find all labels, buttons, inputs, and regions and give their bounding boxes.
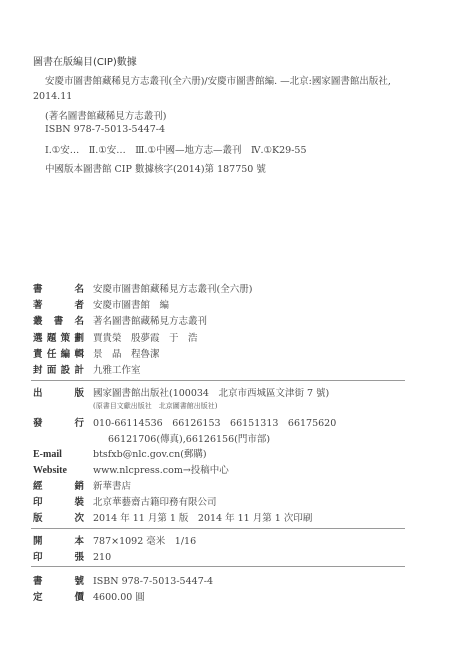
- value: 安慶市圖書館 編: [93, 297, 169, 311]
- row-series: 叢書名 著名圖書館藏稀見方志叢刊: [33, 313, 207, 327]
- label: 選題策劃: [33, 330, 84, 344]
- label: 叢書名: [33, 313, 84, 327]
- cip-number: 中國版本圖書館 CIP 數據核字(2014)第 187750 號: [45, 161, 266, 175]
- row-format: 開本 787×1092 毫米 1/16: [33, 533, 196, 547]
- row-book-number: 書號 ISBN 978-7-5013-5447-4: [33, 573, 213, 587]
- value: 新華書店: [93, 478, 131, 492]
- publisher-note: (原書目文獻出版社 北京圖書館出版社): [93, 401, 217, 411]
- label: 封面設計: [33, 362, 84, 376]
- row-cover-design: 封面設計 九雅工作室: [33, 362, 141, 376]
- row-publisher: 出版 國家圖書館出版社(100034 北京市西城區文津街 7 號): [33, 385, 329, 399]
- row-sheets: 印張 210: [33, 549, 111, 563]
- label: 印裝: [33, 494, 84, 508]
- label: 印張: [33, 549, 84, 563]
- distribution-line-2: 66121706(傳真),66126156(門市部): [108, 431, 270, 445]
- cip-line-2: 2014.11: [33, 91, 72, 102]
- row-editor: 責任編輯 景 晶 程魯潔: [33, 346, 160, 360]
- row-distribution: 發行 010-66114536 66126153 66151313 661756…: [33, 415, 336, 429]
- cip-title: 圖書在版編目(CIP)數據: [33, 53, 137, 68]
- label: 定價: [33, 589, 84, 603]
- value: ISBN 978-7-5013-5447-4: [93, 576, 213, 587]
- value: 國家圖書館出版社(100034 北京市西城區文津街 7 號): [93, 385, 329, 399]
- value: 安慶市圖書館藏稀見方志叢刊(全六册): [93, 281, 252, 295]
- label: 發行: [33, 415, 84, 429]
- divider: [31, 380, 405, 381]
- row-price: 定價 4600.00 圓: [33, 589, 145, 603]
- cip-series: (著名圖書館藏稀見方志叢刊): [45, 108, 166, 122]
- value: 4600.00 圓: [93, 589, 145, 603]
- row-planning: 選題策劃 賈貴榮 殷夢霞 于 浩: [33, 330, 198, 344]
- value: 010-66114536 66126153 66151313 66175620: [93, 415, 336, 429]
- label: 書號: [33, 573, 84, 587]
- label: E-mail: [33, 449, 84, 460]
- value: 九雅工作室: [93, 362, 141, 376]
- value: 787×1092 毫米 1/16: [93, 533, 196, 547]
- value: 北京華藝齋古籍印務有限公司: [93, 494, 217, 508]
- label: 責任編輯: [33, 346, 84, 360]
- cip-isbn: ISBN 978-7-5013-5447-4: [45, 124, 165, 135]
- cip-line-1: 安慶市圖書館藏稀見方志叢刊(全六册)/安慶市圖書館編. —北京:國家圖書館出版社…: [45, 73, 391, 87]
- label: Website: [33, 465, 84, 476]
- row-printer: 印裝 北京華藝齋古籍印務有限公司: [33, 494, 217, 508]
- row-distributor: 經銷 新華書店: [33, 478, 131, 492]
- row-edition: 版次 2014 年 11 月第 1 版 2014 年 11 月第 1 次印刷: [33, 510, 312, 524]
- row-website: Website www.nlcpress.com→投稿中心: [33, 462, 229, 476]
- row-title: 書名 安慶市圖書館藏稀見方志叢刊(全六册): [33, 281, 252, 295]
- label: 版次: [33, 510, 84, 524]
- label: 著者: [33, 297, 84, 311]
- row-email: E-mail btsfxb@nlc.gov.cn(郵購): [33, 446, 207, 460]
- value: 2014 年 11 月第 1 版 2014 年 11 月第 1 次印刷: [93, 510, 312, 524]
- email-value: btsfxb@nlc.gov.cn(郵購): [93, 446, 207, 460]
- label: 經銷: [33, 478, 84, 492]
- value: 著名圖書館藏稀見方志叢刊: [93, 313, 207, 327]
- cip-classification: Ⅰ.①安… Ⅱ.①安… Ⅲ.①中國—地方志—叢刊 Ⅳ.①K29-55: [45, 142, 307, 156]
- value: 景 晶 程魯潔: [93, 346, 160, 360]
- label: 書名: [33, 281, 84, 295]
- row-author: 著者 安慶市圖書館 編: [33, 297, 169, 311]
- website-value: www.nlcpress.com→投稿中心: [93, 462, 229, 476]
- divider: [31, 566, 405, 567]
- value: 賈貴榮 殷夢霞 于 浩: [93, 330, 198, 344]
- value: 210: [93, 552, 111, 563]
- label: 開本: [33, 533, 84, 547]
- label: 出版: [33, 385, 84, 399]
- divider: [31, 528, 405, 529]
